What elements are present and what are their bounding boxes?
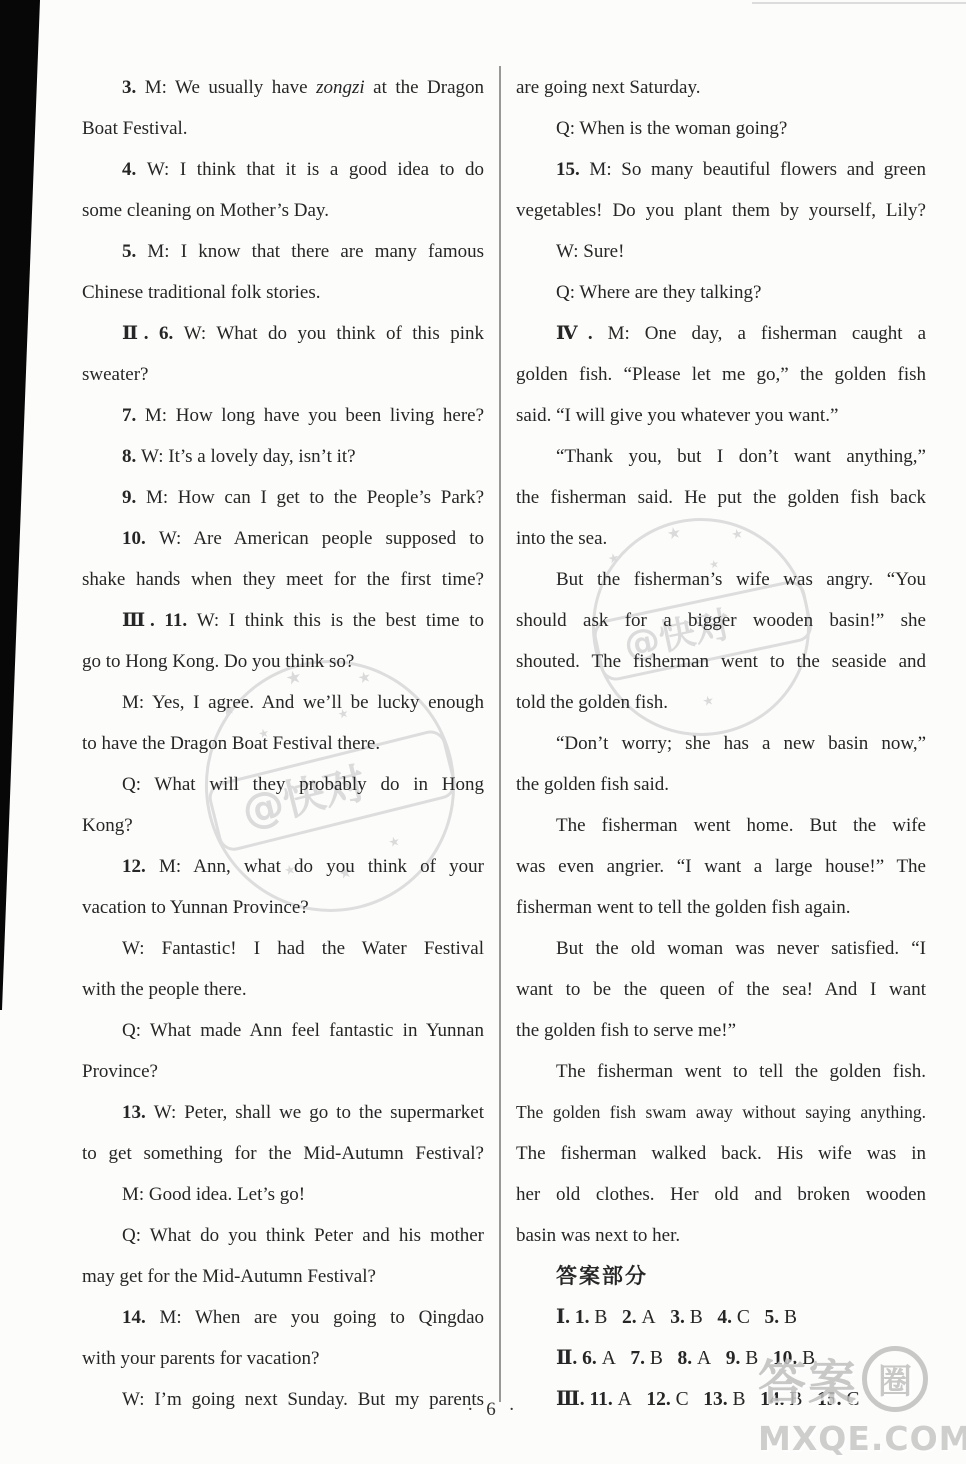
text-span: The fisherman went home. But the wife xyxy=(556,815,926,836)
text-span: 13. xyxy=(122,1102,154,1123)
text-span: the fisherman said. He put the golden fi… xyxy=(516,487,926,508)
text-line: the fisherman said. He put the golden fi… xyxy=(516,477,926,518)
text-span: “Thank you, but I don’t want anything,” xyxy=(556,446,926,467)
text-span: Q: When is the woman going? xyxy=(556,118,787,139)
text-span: Q: What do you think Peter and his mothe… xyxy=(122,1225,484,1246)
text-span: 15. xyxy=(556,159,589,180)
text-span: Q: What made Ann feel fantastic in Yunna… xyxy=(122,1020,484,1041)
text-span: W: Are American people supposed to xyxy=(159,528,484,549)
text-span: Ⅳ. xyxy=(556,323,608,344)
text-span: 9. xyxy=(726,1348,746,1369)
text-line: may get for the Mid-Autumn Festival? xyxy=(82,1256,484,1297)
text-line: The fisherman went to tell the golden fi… xyxy=(516,1051,926,1092)
text-line: M: Good idea. Let’s go! xyxy=(82,1174,484,1215)
text-span: should ask for a bigger wooden basin!” s… xyxy=(516,610,926,631)
text-span: 3. xyxy=(122,77,145,98)
text-span: W: It’s a lovely day, isn’t it? xyxy=(141,446,356,467)
scanned-page: @快对 ★ ★ ★ ★ ★ ★ ★ ★ @快对 ★ ★ ★ ★ ★ ★ 3. M… xyxy=(0,0,966,1464)
text-line: Ⅰ. 1. B 2. A 3. B 4. C 5. B xyxy=(516,1297,926,1338)
text-span: her old clothes. Her old and broken wood… xyxy=(516,1184,926,1205)
text-span: B xyxy=(690,1307,718,1328)
text-span: vegetables! Do you plant them by yoursel… xyxy=(516,200,926,221)
text-span: The golden fish swam away without saying… xyxy=(516,1102,926,1122)
text-span: M: So many beautiful flowers and green xyxy=(589,159,926,180)
text-span: with your parents for vacation? xyxy=(82,1348,319,1369)
text-span: vacation to Yunnan Province? xyxy=(82,897,309,918)
text-span: W: I’m going next Sunday. But my parents xyxy=(122,1389,484,1410)
text-span: the golden fish said. xyxy=(516,774,669,795)
text-line: But the fisherman’s wife was angry. “You xyxy=(516,559,926,600)
text-span: W: I think this is the best time to xyxy=(197,610,484,631)
text-span: may get for the Mid-Autumn Festival? xyxy=(82,1266,376,1287)
text-span: M: How long have you been living here? xyxy=(145,405,484,426)
text-span: 7. xyxy=(630,1348,650,1369)
text-span: A xyxy=(618,1389,647,1410)
text-span: W: Sure! xyxy=(556,241,624,262)
text-line: told the golden fish. xyxy=(516,682,926,723)
text-span: Kong? xyxy=(82,815,133,836)
text-span: shake hands when they meet for the first… xyxy=(82,569,484,590)
text-span: shouted. The fisherman went to the seasi… xyxy=(516,651,926,672)
text-line: go to Hong Kong. Do you think so? xyxy=(82,641,484,682)
text-span: to have the Dragon Boat Festival there. xyxy=(82,733,380,754)
text-span: Ⅱ. 6. xyxy=(122,323,184,344)
text-span: fisherman went to tell the golden fish a… xyxy=(516,897,851,918)
text-line: golden fish. “Please let me go,” the gol… xyxy=(516,354,926,395)
text-span: 13. xyxy=(703,1389,732,1410)
text-span: C xyxy=(737,1307,765,1328)
text-line: “Don’t worry; she has a new basin now,” xyxy=(516,723,926,764)
text-span: 2. xyxy=(622,1307,642,1328)
text-span: The fisherman walked back. His wife was … xyxy=(516,1143,926,1164)
text-line: want to be the queen of the sea! And I w… xyxy=(516,969,926,1010)
text-span: “Don’t worry; she has a new basin now,” xyxy=(556,733,926,754)
text-span: Ⅱ. 6. xyxy=(556,1348,602,1369)
text-line: Chinese traditional folk stories. xyxy=(82,272,484,313)
brand-url: MXQE.COM xyxy=(758,1419,966,1458)
text-span: M: Yes, I agree. And we’ll be lucky enou… xyxy=(122,692,484,713)
text-line: Province? xyxy=(82,1051,484,1092)
text-line: “Thank you, but I don’t want anything,” xyxy=(516,436,926,477)
text-span: 3. xyxy=(670,1307,690,1328)
text-span: zongzi xyxy=(316,77,365,98)
text-span: Q: What will they probably do in Hong xyxy=(122,774,484,795)
text-span: B xyxy=(650,1348,678,1369)
text-span: 10. xyxy=(122,528,159,549)
text-line: Boat Festival. xyxy=(82,108,484,149)
text-span: basin was next to her. xyxy=(516,1225,680,1246)
text-span: 7. xyxy=(122,405,145,426)
text-line: W: Sure! xyxy=(516,231,926,272)
text-span: W: What do you think of this pink xyxy=(184,323,484,344)
text-line: fisherman went to tell the golden fish a… xyxy=(516,887,926,928)
text-span: to get something for the Mid-Autumn Fest… xyxy=(82,1143,484,1164)
text-span: 4. xyxy=(122,159,147,180)
text-span: Ⅰ. 1. xyxy=(556,1307,594,1328)
text-span: B xyxy=(594,1307,622,1328)
text-line: vacation to Yunnan Province? xyxy=(82,887,484,928)
text-span: W: Fantastic! I had the Water Festival xyxy=(122,938,484,959)
text-span: 4. xyxy=(717,1307,737,1328)
text-line: W: I’m going next Sunday. But my parents xyxy=(82,1379,484,1420)
text-span: But the old woman was never satisfied. “… xyxy=(556,938,926,959)
text-line: to have the Dragon Boat Festival there. xyxy=(82,723,484,764)
page-number: · 6 · xyxy=(433,1399,553,1429)
text-span: B xyxy=(784,1307,797,1328)
brand-name: 答案 xyxy=(758,1344,858,1413)
text-line: 3. M: We usually have zongzi at the Drag… xyxy=(82,67,484,108)
text-line: 13. W: Peter, shall we go to the superma… xyxy=(82,1092,484,1133)
text-line: The fisherman went home. But the wife xyxy=(516,805,926,846)
text-line: with your parents for vacation? xyxy=(82,1338,484,1379)
text-line: Kong? xyxy=(82,805,484,846)
text-span: said. “I will give you whatever you want… xyxy=(516,405,838,426)
text-line: 7. M: How long have you been living here… xyxy=(82,395,484,436)
text-span: Ⅲ. 11. xyxy=(556,1389,618,1410)
brand-circle-logo: 圈 xyxy=(862,1346,928,1412)
text-span: was even angrier. “I want a large house!… xyxy=(516,856,926,877)
text-span: told the golden fish. xyxy=(516,692,668,713)
text-line: 10. W: Are American people supposed to xyxy=(82,518,484,559)
text-line: 8. W: It’s a lovely day, isn’t it? xyxy=(82,436,484,477)
text-line: 12. M: Ann, what do you think of your xyxy=(82,846,484,887)
text-line: Ⅱ. 6. W: What do you think of this pink xyxy=(82,313,484,354)
right-column: are going next Saturday.Q: When is the w… xyxy=(516,67,926,1420)
text-span: Boat Festival. xyxy=(82,118,188,139)
text-line: M: Yes, I agree. And we’ll be lucky enou… xyxy=(82,682,484,723)
text-line: Q: What do you think Peter and his mothe… xyxy=(82,1215,484,1256)
text-line: The fisherman walked back. His wife was … xyxy=(516,1133,926,1174)
text-line: 9. M: How can I get to the People’s Park… xyxy=(82,477,484,518)
text-line: The golden fish swam away without saying… xyxy=(516,1092,926,1133)
text-span: 9. xyxy=(122,487,146,508)
text-line: said. “I will give you whatever you want… xyxy=(516,395,926,436)
text-span: M: We usually have xyxy=(145,77,316,98)
text-span: at the Dragon xyxy=(365,77,484,98)
text-span: into the sea. xyxy=(516,528,607,549)
text-span: M: When are you going to Qingdao xyxy=(159,1307,484,1328)
text-span: 8. xyxy=(678,1348,698,1369)
text-line: Q: When is the woman going? xyxy=(516,108,926,149)
text-span: A xyxy=(602,1348,631,1369)
text-span: 12. xyxy=(646,1389,675,1410)
text-line: basin was next to her. xyxy=(516,1215,926,1256)
text-span: 5. xyxy=(122,241,147,262)
text-span: go to Hong Kong. Do you think so? xyxy=(82,651,354,672)
brand-watermark: 答案 圈 MXQE.COM xyxy=(758,1344,966,1458)
text-span: 12. xyxy=(122,856,159,877)
text-line: Ⅲ. 11. W: I think this is the best time … xyxy=(82,600,484,641)
text-span: C xyxy=(676,1389,704,1410)
text-span: some cleaning on Mother’s Day. xyxy=(82,200,329,221)
text-span: 14. xyxy=(122,1307,159,1328)
text-span: W: I think that it is a good idea to do xyxy=(147,159,484,180)
text-line: 答案部分 xyxy=(516,1256,926,1297)
text-span: 8. xyxy=(122,446,141,467)
text-line: the golden fish to serve me!” xyxy=(516,1010,926,1051)
column-divider xyxy=(499,66,501,1402)
text-span: M: Ann, what do you think of your xyxy=(159,856,484,877)
text-span: the golden fish to serve me!” xyxy=(516,1020,736,1041)
text-span: M: I know that there are many famous xyxy=(147,241,484,262)
text-span: with the people there. xyxy=(82,979,247,1000)
text-span: The fisherman went to tell the golden fi… xyxy=(556,1061,926,1082)
scan-top-artifact xyxy=(752,2,966,4)
text-line: should ask for a bigger wooden basin!” s… xyxy=(516,600,926,641)
text-span: A xyxy=(642,1307,671,1328)
text-line: Q: What made Ann feel fantastic in Yunna… xyxy=(82,1010,484,1051)
text-span: B xyxy=(733,1389,761,1410)
scan-edge-artifact xyxy=(0,0,40,1010)
text-line: are going next Saturday. xyxy=(516,67,926,108)
text-span: 5. xyxy=(765,1307,785,1328)
text-span: M: One day, a fisherman caught a xyxy=(608,323,926,344)
text-line: her old clothes. Her old and broken wood… xyxy=(516,1174,926,1215)
text-span: W: Peter, shall we go to the supermarket xyxy=(154,1102,484,1123)
text-line: Q: What will they probably do in Hong xyxy=(82,764,484,805)
brand-name-row: 答案 圈 xyxy=(758,1344,966,1413)
text-line: into the sea. xyxy=(516,518,926,559)
text-span: 答案部分 xyxy=(556,1264,648,1288)
text-line: with the people there. xyxy=(82,969,484,1010)
text-line: sweater? xyxy=(82,354,484,395)
text-line: shake hands when they meet for the first… xyxy=(82,559,484,600)
text-line: 15. M: So many beautiful flowers and gre… xyxy=(516,149,926,190)
text-line: shouted. The fisherman went to the seasi… xyxy=(516,641,926,682)
text-span: Province? xyxy=(82,1061,158,1082)
text-line: But the old woman was never satisfied. “… xyxy=(516,928,926,969)
text-span: M: How can I get to the People’s Park? xyxy=(146,487,484,508)
text-line: 5. M: I know that there are many famous xyxy=(82,231,484,272)
text-span: M: Good idea. Let’s go! xyxy=(122,1184,305,1205)
left-column: 3. M: We usually have zongzi at the Drag… xyxy=(82,67,484,1420)
text-span: sweater? xyxy=(82,364,148,385)
text-span: want to be the queen of the sea! And I w… xyxy=(516,979,926,1000)
text-span: are going next Saturday. xyxy=(516,77,701,98)
text-line: 4. W: I think that it is a good idea to … xyxy=(82,149,484,190)
text-line: to get something for the Mid-Autumn Fest… xyxy=(82,1133,484,1174)
text-line: was even angrier. “I want a large house!… xyxy=(516,846,926,887)
text-line: Q: Where are they talking? xyxy=(516,272,926,313)
text-span: Ⅲ. 11. xyxy=(122,610,197,631)
text-line: some cleaning on Mother’s Day. xyxy=(82,190,484,231)
text-span: A xyxy=(697,1348,726,1369)
text-line: the golden fish said. xyxy=(516,764,926,805)
text-span: But the fisherman’s wife was angry. “You xyxy=(556,569,926,590)
text-span: Q: Where are they talking? xyxy=(556,282,761,303)
text-span: golden fish. “Please let me go,” the gol… xyxy=(516,364,926,385)
text-line: vegetables! Do you plant them by yoursel… xyxy=(516,190,926,231)
text-span: Chinese traditional folk stories. xyxy=(82,282,321,303)
text-line: 14. M: When are you going to Qingdao xyxy=(82,1297,484,1338)
text-line: Ⅳ. M: One day, a fisherman caught a xyxy=(516,313,926,354)
text-line: W: Fantastic! I had the Water Festival xyxy=(82,928,484,969)
